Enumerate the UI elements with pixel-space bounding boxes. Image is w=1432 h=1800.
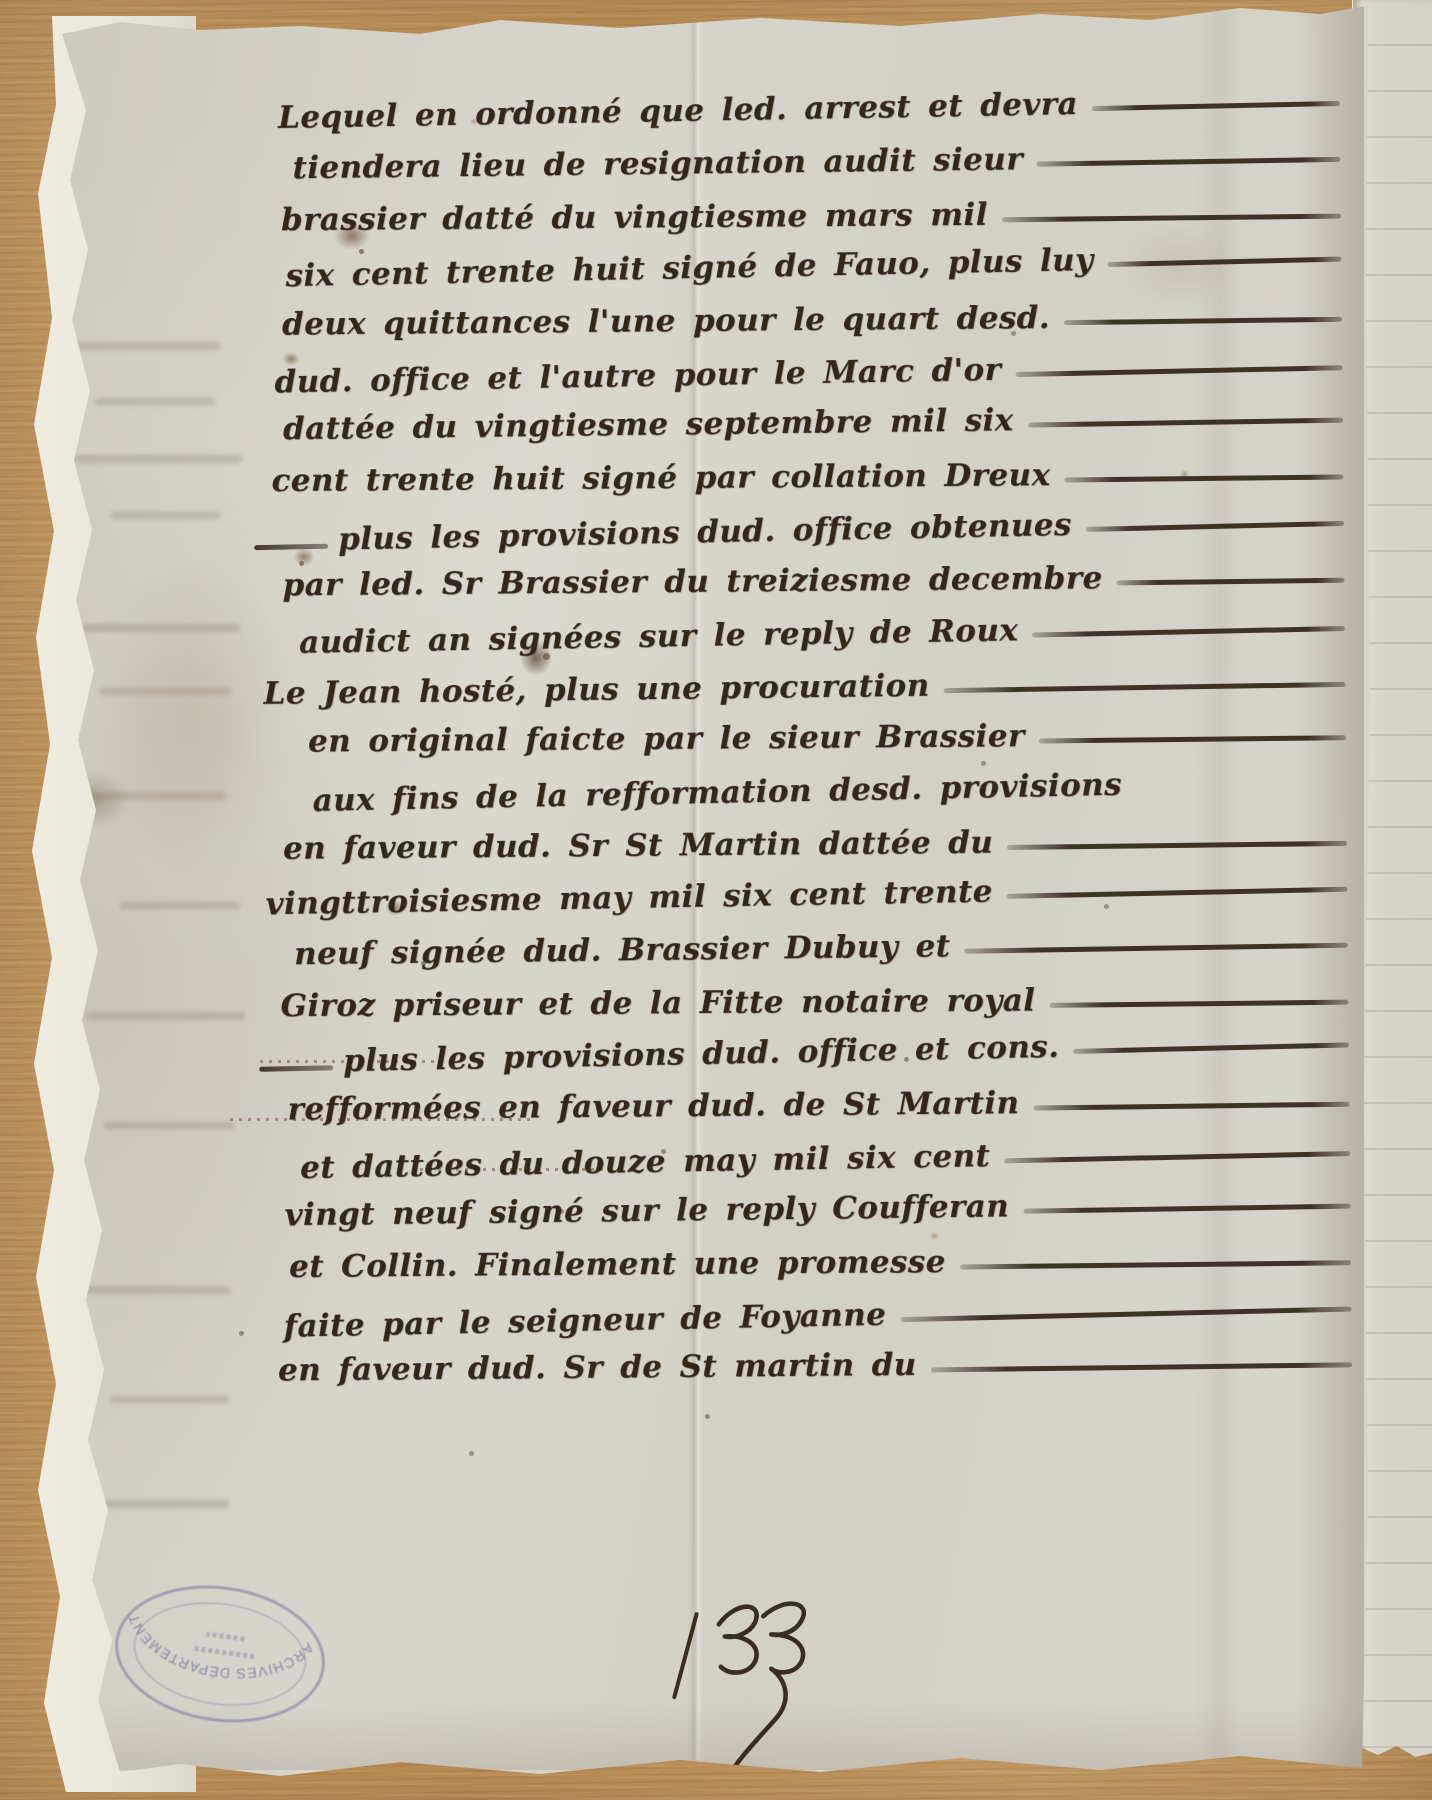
line-filler-stroke: [1033, 1102, 1349, 1111]
manuscript-line-text: vingttroisiesme may mil six cent trente: [265, 874, 993, 923]
line-filler-stroke: [1073, 1042, 1349, 1053]
manuscript-line-text: en faveur dud. Sr de St martin du: [278, 1347, 917, 1389]
show-through-smudge: [80, 624, 240, 632]
lead-dash-stroke: [259, 1065, 333, 1071]
line-filler-stroke: [1039, 735, 1346, 743]
manuscript-line: en faveur dud. Sr de St martin du: [262, 1335, 1358, 1397]
line-filler-stroke: [1027, 418, 1343, 428]
show-through-smudge: [70, 342, 220, 350]
manuscript-line-text: faite par le seigneur de Foyanne: [283, 1297, 886, 1345]
line-filler-stroke: [1007, 841, 1347, 850]
line-filler-stroke: [1092, 101, 1340, 111]
ink-speck: [0, 0, 3, 3]
line-filler-stroke: [1064, 316, 1342, 324]
line-filler-stroke: [1032, 626, 1345, 638]
manuscript-line-text: Le Jean hosté, plus une procuration: [263, 668, 929, 712]
line-filler-stroke: [1107, 256, 1341, 267]
manuscript-line-text: brassier datté du vingtiesme mars mil: [281, 197, 988, 238]
manuscript-line-text: Giroz priseur et de la Fitte notaire roy…: [280, 982, 1035, 1024]
show-through-smudge: [100, 688, 230, 695]
show-through-smudge: [110, 1396, 230, 1403]
show-through-smudge: [110, 512, 220, 519]
manuscript-line-text: Lequel en ordonné que led. arrest et dev…: [278, 86, 1079, 136]
manuscript-line-text: neuf signée dud. Brassier Dubuy et: [294, 929, 951, 973]
line-filler-stroke: [1002, 213, 1341, 222]
show-through-smudge: [104, 1122, 234, 1129]
line-filler-stroke: [1086, 521, 1344, 532]
manuscript-line-text: en original faicte par le sieur Brassier: [308, 718, 1025, 759]
show-through-smudge: [76, 792, 226, 800]
line-filler-stroke: [1049, 999, 1348, 1007]
manuscript-line-text: audict an signées sur le reply de Roux: [299, 612, 1019, 661]
manuscript-line-text: tiendera lieu de resignation audit sieur: [292, 142, 1023, 187]
show-through-smudge: [90, 1500, 230, 1508]
manuscript-line-text: plus les provisions dud. office obtenues: [338, 507, 1072, 558]
line-filler-stroke: [1007, 886, 1348, 898]
line-filler-stroke: [1037, 157, 1341, 167]
manuscript-line-text: et Collin. Finalement une promesse: [289, 1244, 946, 1285]
manuscript-text-block: Lequel en ordonné que led. arrest et dev…: [250, 79, 1359, 1399]
line-filler-stroke: [1023, 1203, 1350, 1213]
line-filler-stroke: [960, 1260, 1351, 1269]
line-filler-stroke: [1015, 365, 1342, 377]
archive-stamp: ARCHIVES DÉPARTEMENTALES: [102, 1572, 338, 1740]
manuscript-line-text: plus les provisions dud. office et cons.: [343, 1029, 1060, 1079]
manuscript-line-text: aux fins de la refformation desd. provis…: [312, 767, 1122, 819]
show-through-smudge: [95, 398, 215, 405]
manuscript-line-text: refformées en faveur dud. de St Martin: [287, 1086, 1019, 1128]
line-filler-stroke: [1064, 474, 1343, 482]
manuscript-line-text: cent trente huit signé par collation Dre…: [271, 457, 1050, 499]
lead-dash-stroke: [254, 544, 328, 550]
photo-of-manuscript: Lequel en ordonné que led. arrest et dev…: [0, 0, 1432, 1800]
manuscript-line-text: deux quittances l'une pour le quart desd…: [282, 300, 1050, 343]
manuscript-line-text: par led. Sr Brassier du treiziesme decem…: [282, 560, 1102, 603]
line-filler-stroke: [964, 943, 1348, 954]
manuscript-line-text: dattée du vingtiesme septembre mil six: [283, 403, 1014, 448]
line-filler-stroke: [1004, 1151, 1350, 1163]
manuscript-line-text: et dattées du douze may mil six cent: [300, 1138, 991, 1186]
notarial-paraph: [662, 1588, 822, 1800]
show-through-smudge: [120, 902, 240, 909]
manuscript-line-text: en faveur dud. Sr St Martin dattée du: [283, 825, 993, 867]
manuscript-sheet: Lequel en ordonné que led. arrest et dev…: [0, 0, 1432, 1800]
line-filler-stroke: [944, 682, 1346, 693]
show-through-smudge: [80, 1286, 230, 1294]
manuscript-line-text: vingt neuf signé sur le reply Coufferan: [284, 1189, 1009, 1234]
show-through-smudge: [72, 455, 242, 463]
manuscript-line-text: six cent trente huit signé de Fauo, plus…: [285, 242, 1094, 294]
line-filler-stroke: [1117, 577, 1345, 585]
line-filler-stroke: [900, 1306, 1351, 1322]
line-filler-stroke: [931, 1362, 1352, 1372]
show-through-smudge: [86, 1012, 246, 1020]
manuscript-line-text: dud. office et l'autre pour le Marc d'or: [274, 352, 1001, 401]
